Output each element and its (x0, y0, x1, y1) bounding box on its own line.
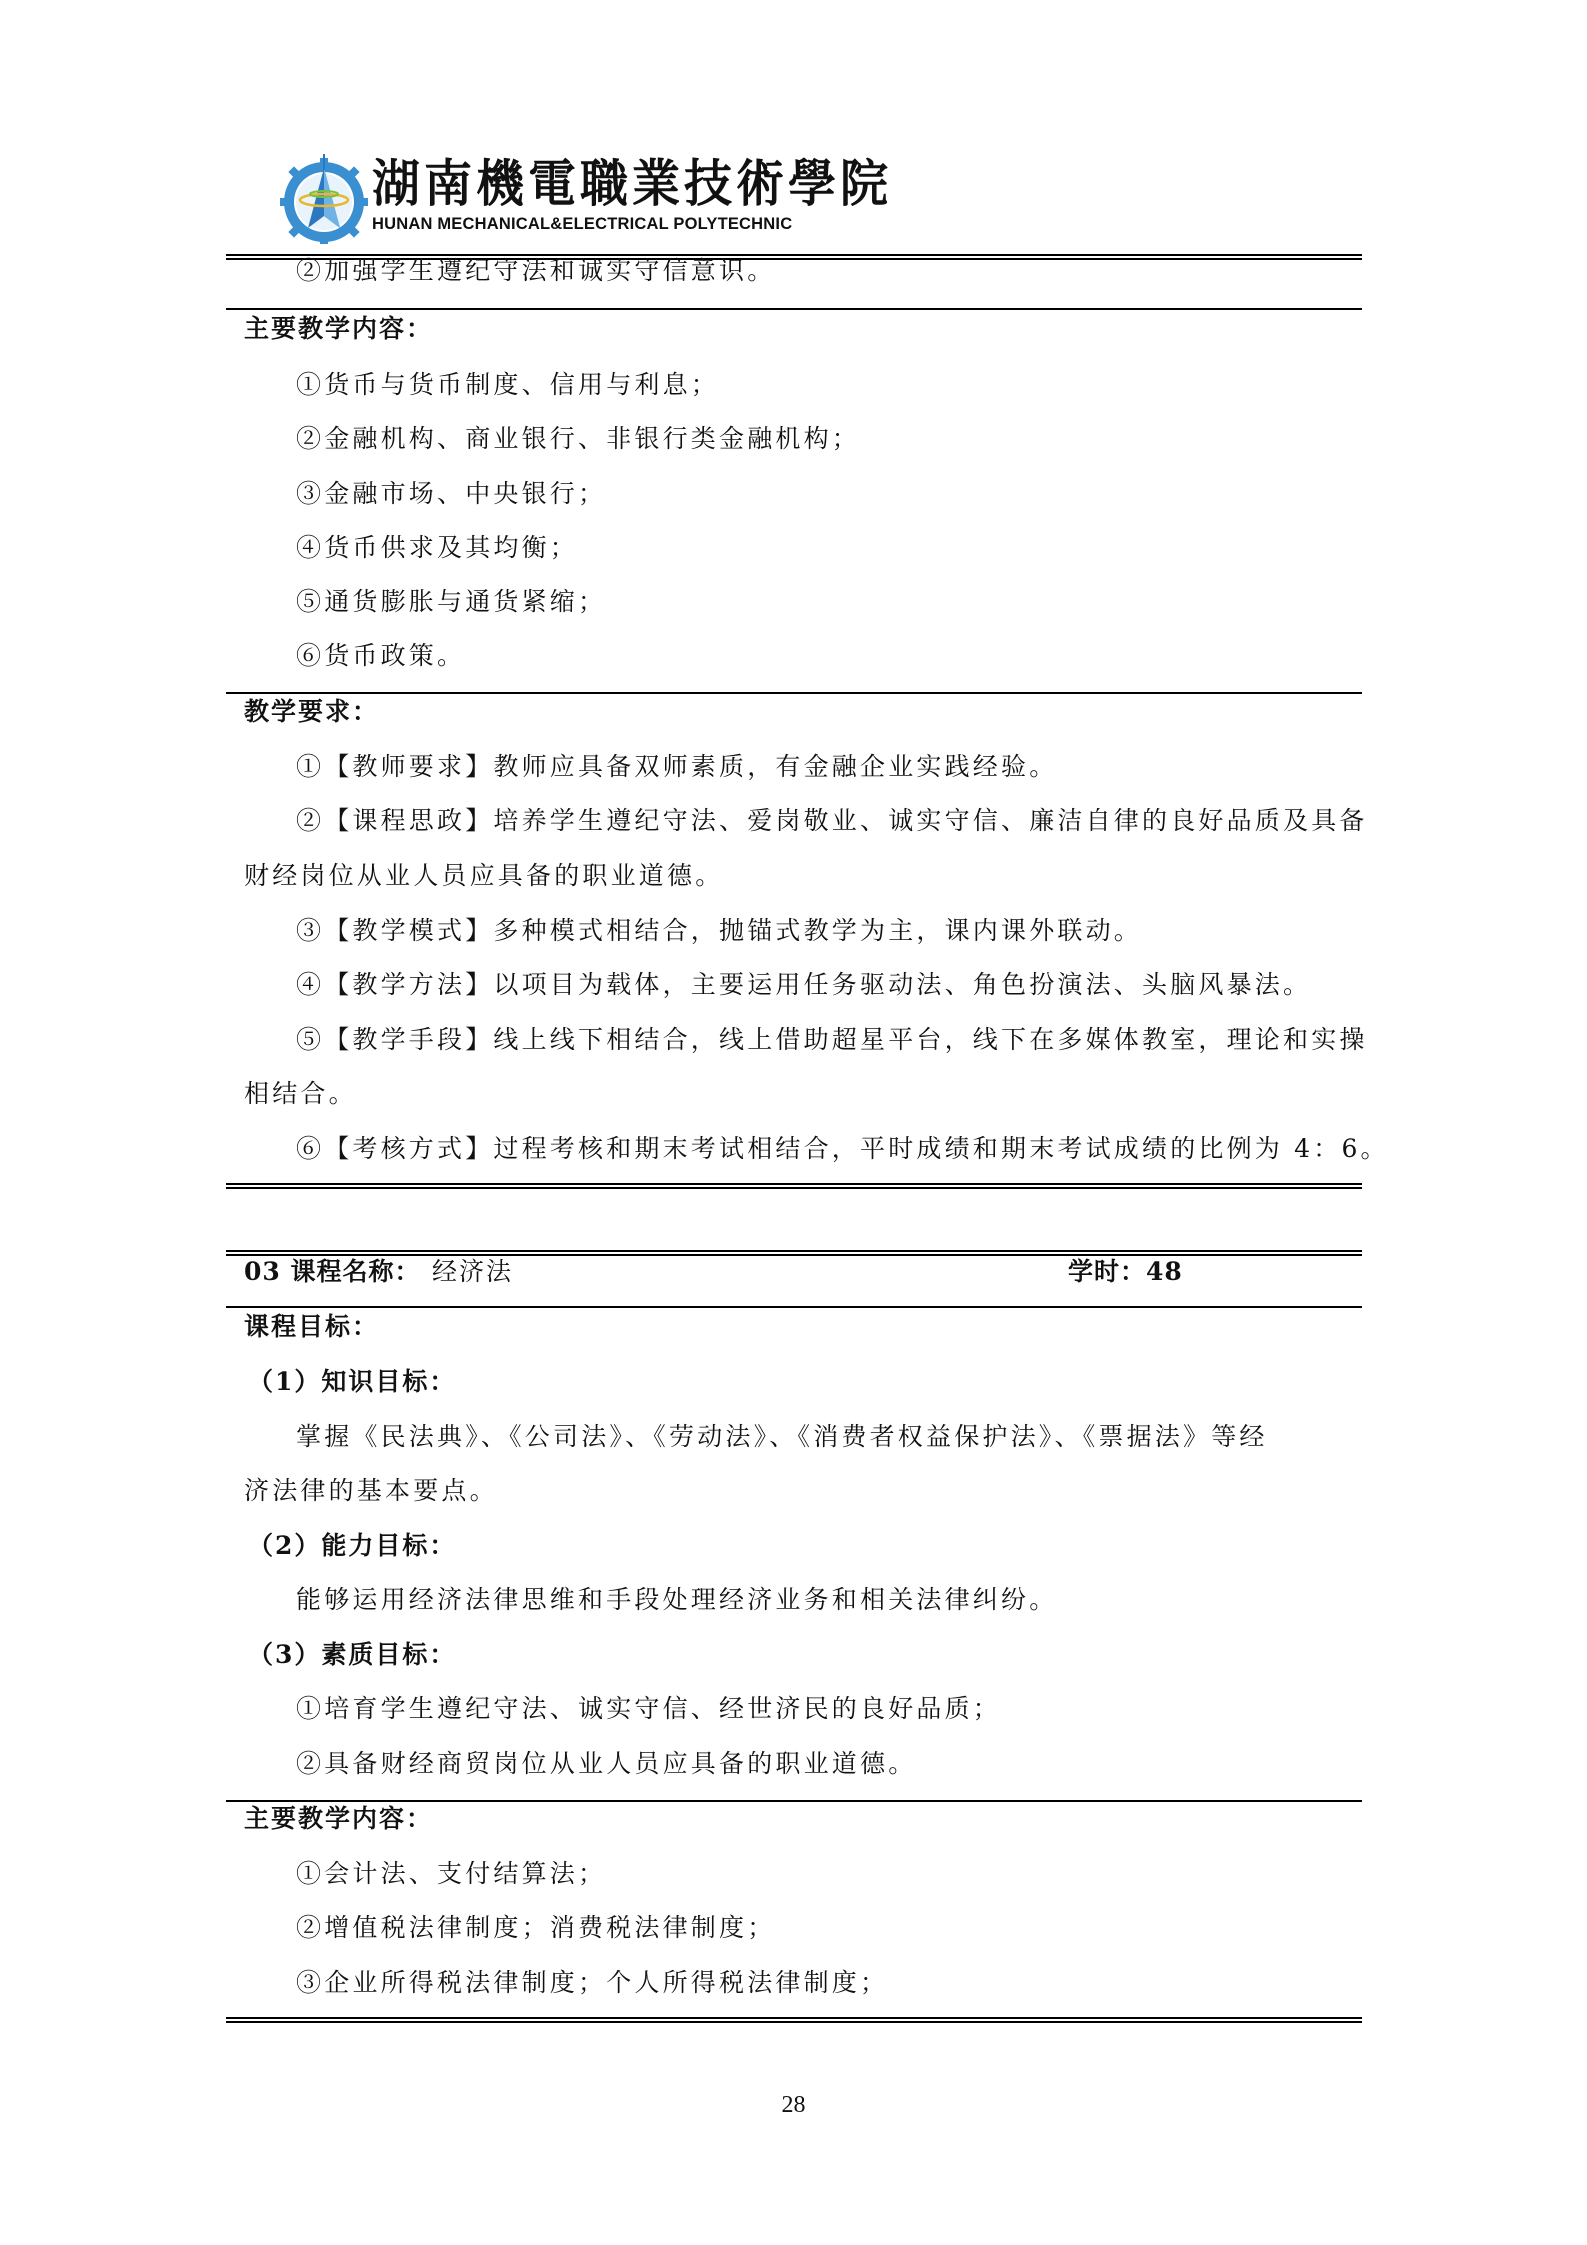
list-item: ④货币供求及其均衡； (296, 533, 578, 563)
objectives-heading: 课程目标： (244, 1312, 379, 1342)
requirement-line: ③【教学模式】多种模式相结合，抛锚式教学为主，课内课外联动。 (296, 916, 1142, 946)
table-rule (226, 308, 1362, 310)
requirement-line: ②【课程思政】培养学生遵纪守法、爱岗敬业、诚实守信、廉洁自律的良好品质及具备 (296, 806, 1368, 836)
quality-heading: （3）素质目标： (248, 1640, 456, 1670)
list-item: ①会计法、支付结算法； (296, 1859, 606, 1889)
table-top-rule (226, 1250, 1362, 1256)
college-name-cn: 湖南機電職業技術學院 (372, 157, 892, 212)
table-end-rule (226, 1183, 1362, 1189)
list-item: ⑤通货膨胀与通货紧缩； (296, 587, 606, 617)
list-item: ②增值税法律制度；消费税法律制度； (296, 1913, 775, 1943)
quality-line: ①培育学生遵纪守法、诚实守信、经世济民的良好品质； (296, 1694, 1001, 1724)
list-item: ②金融机构、商业银行、非银行类金融机构； (296, 424, 860, 454)
requirement-line: ⑤【教学手段】线上线下相结合，线上借助超星平台，线下在多媒体教室，理论和实操 (296, 1025, 1368, 1055)
knowledge-line: 济法律的基本要点。 (244, 1476, 498, 1506)
course-hours-label: 学时： (1068, 1257, 1146, 1286)
ability-heading: （2）能力目标： (248, 1531, 456, 1561)
carryover-line: ②加强学生遵纪守法和诚实守信意识。 (296, 256, 775, 286)
quality-line: ②具备财经商贸岗位从业人员应具备的职业道德。 (296, 1749, 916, 1779)
page-number: 28 (0, 2092, 1587, 2119)
requirement-line: 相结合。 (244, 1079, 357, 1109)
course-name-label-text: 03 课程名称： (244, 1257, 421, 1286)
list-item: ③企业所得税法律制度；个人所得税法律制度； (296, 1968, 888, 1998)
list-item: ⑥货币政策。 (296, 641, 465, 671)
list-item: ①货币与货币制度、信用与利息； (296, 370, 719, 400)
requirement-line: ④【教学方法】以项目为载体，主要运用任务驱动法、角色扮演法、头脑风暴法。 (296, 970, 1311, 1000)
list-item: ③金融市场、中央银行； (296, 479, 606, 509)
course-name-value: 经济法 (432, 1257, 513, 1287)
requirement-line: 财经岗位从业人员应具备的职业道德。 (244, 861, 723, 891)
college-name-en: HUNAN MECHANICAL&ELECTRICAL POLYTECHNIC (372, 215, 792, 234)
table-rule (226, 1306, 1362, 1308)
knowledge-line: 掌握《民法典》、《公司法》、《劳动法》、《消费者权益保护法》、《票据法》等经 (296, 1422, 1268, 1452)
ability-line: 能够运用经济法律思维和手段处理经济业务和相关法律纠纷。 (296, 1585, 1057, 1615)
requirement-line: ①【教师要求】教师应具备双师素质，有金融企业实践经验。 (296, 752, 1057, 782)
course-hours-value: 48 (1146, 1257, 1183, 1286)
college-logo-icon (276, 150, 372, 246)
main-content-heading: 主要教学内容： (244, 314, 433, 344)
table-end-rule (226, 2017, 1362, 2023)
knowledge-heading: （1）知识目标： (248, 1367, 456, 1397)
main-content-heading: 主要教学内容： (244, 1804, 433, 1834)
requirement-line: ⑥【考核方式】过程考核和期末考试相结合，平时成绩和期末考试成绩的比例为 4：6。 (296, 1134, 1389, 1164)
table-rule (226, 1800, 1362, 1802)
course-hours: 学时：48 (1068, 1257, 1183, 1287)
requirements-heading: 教学要求： (244, 697, 379, 727)
table-rule (226, 692, 1362, 694)
course-name-label: 03 课程名称： (244, 1257, 421, 1287)
